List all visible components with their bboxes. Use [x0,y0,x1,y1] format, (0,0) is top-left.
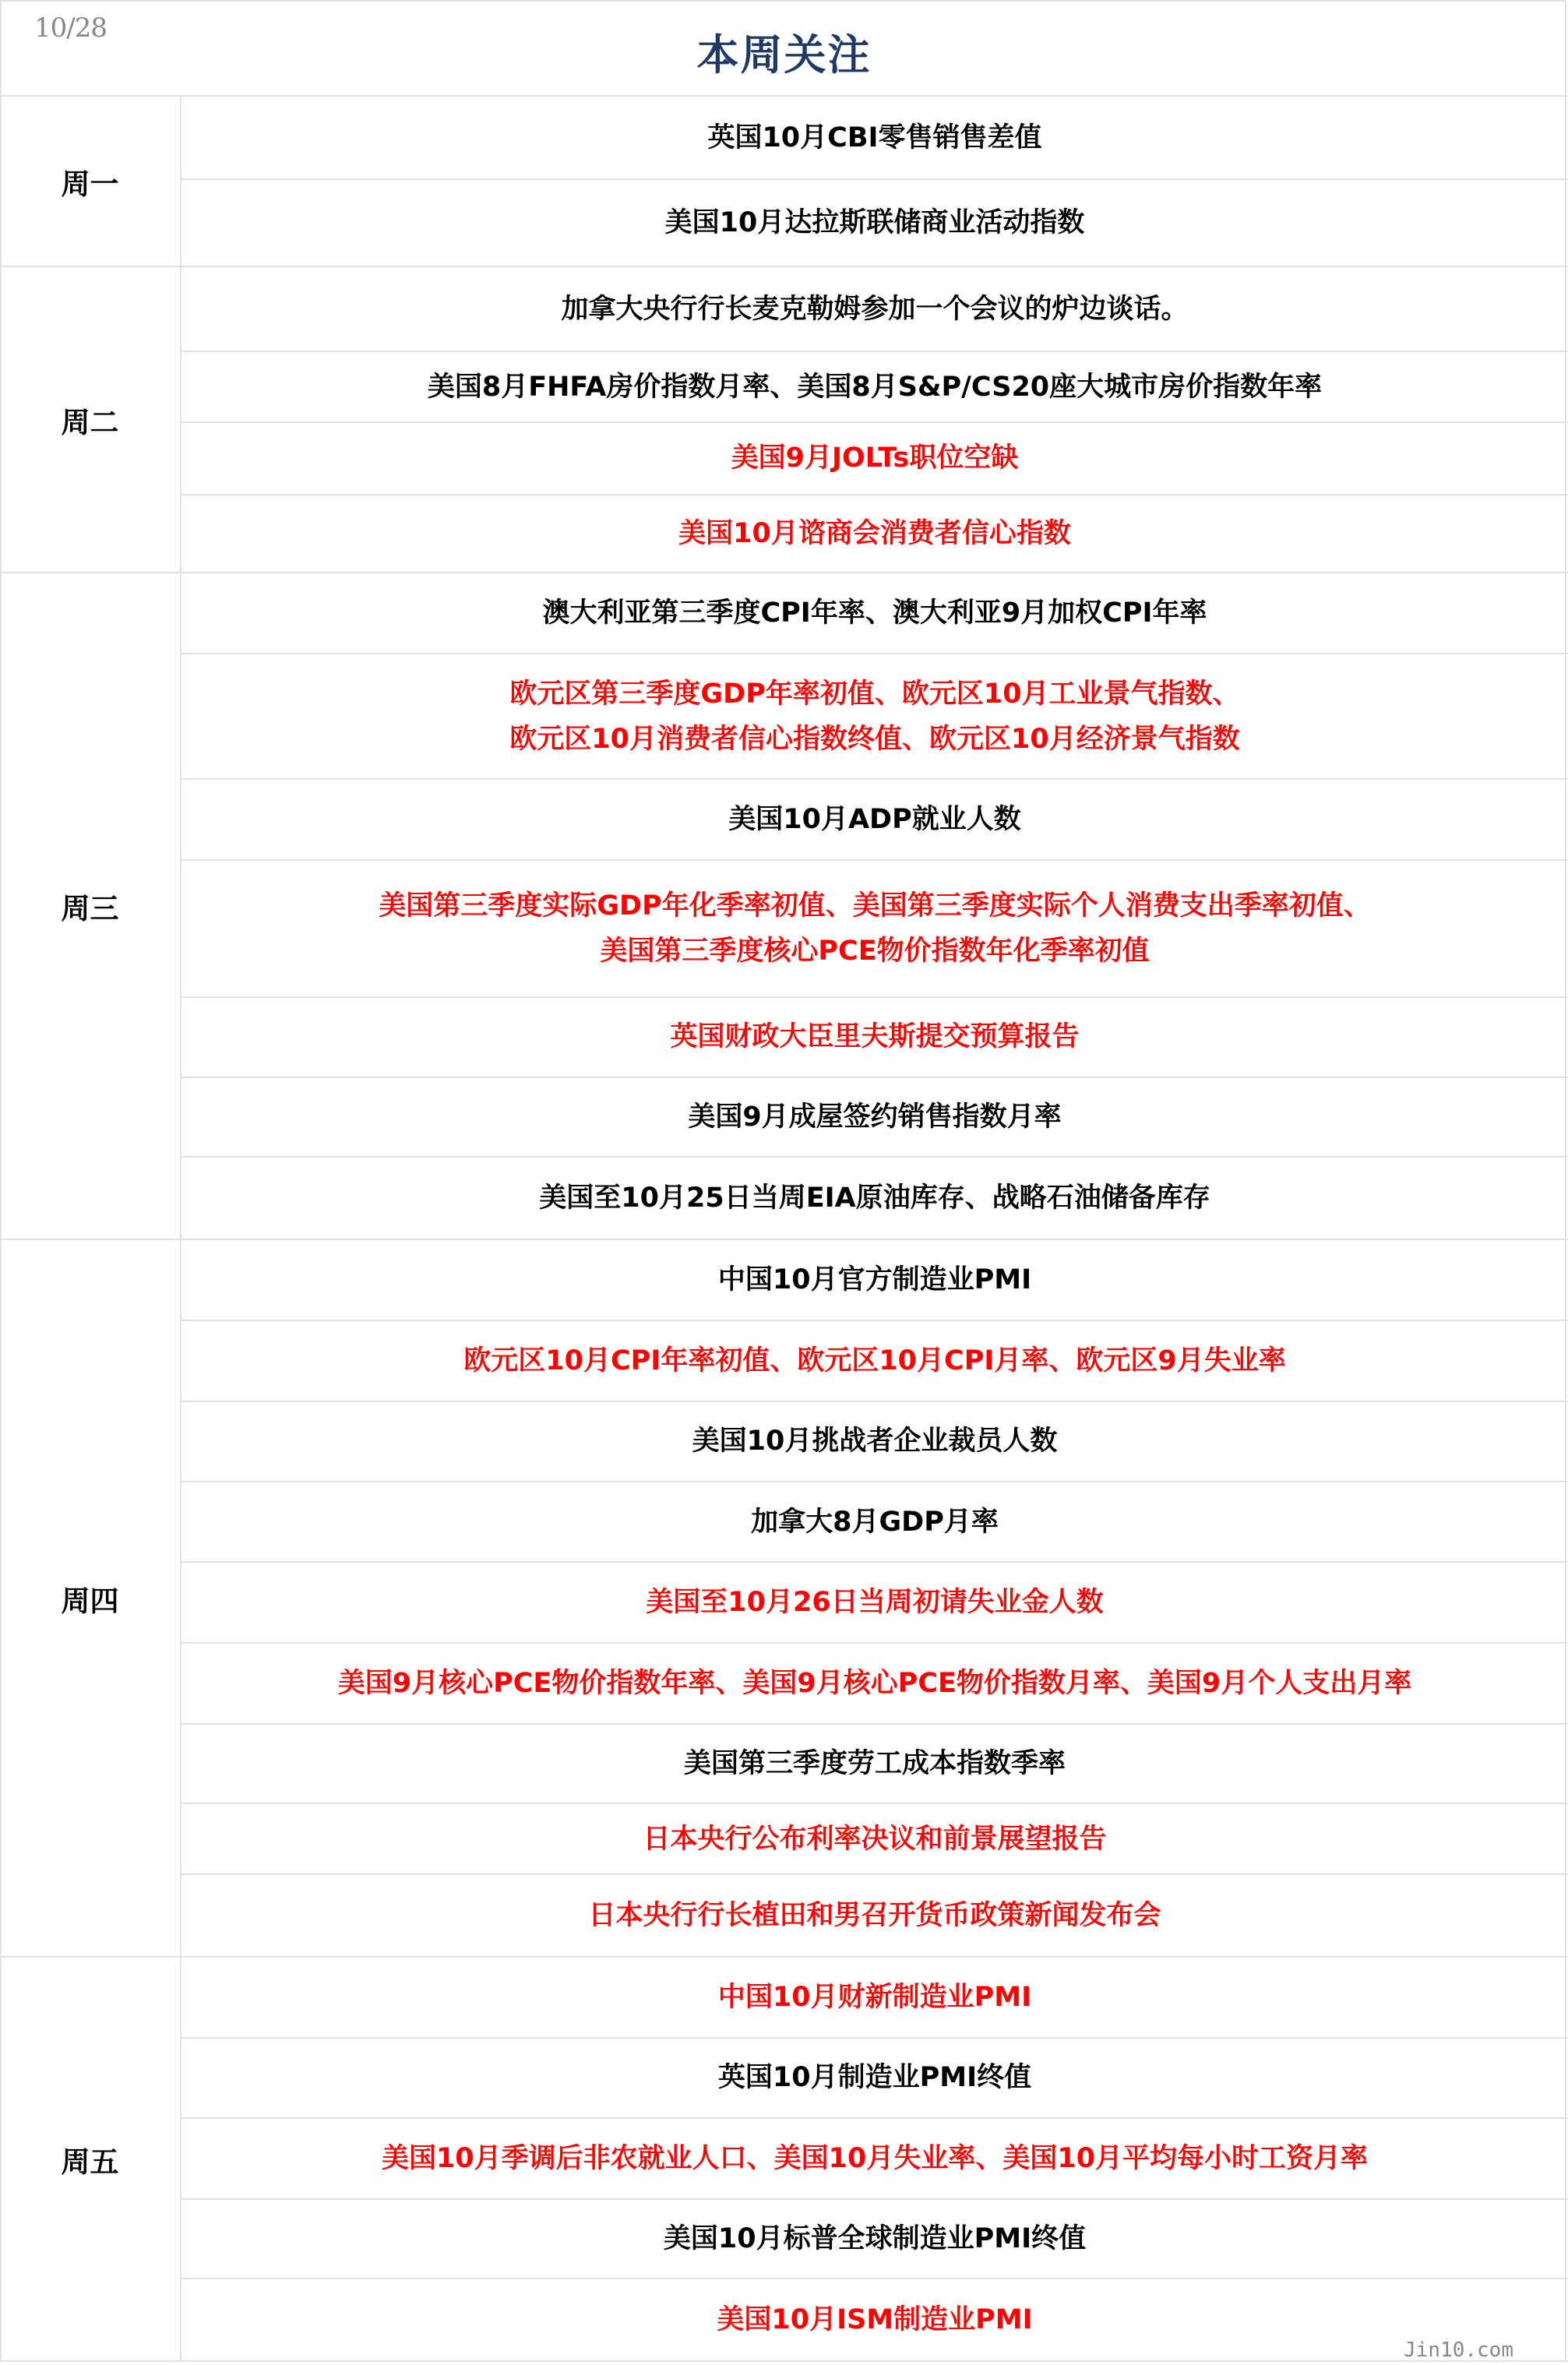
event-item: 美国9月成屋签约销售指数月率 [181,1078,1568,1158]
day-label: 周一 [0,97,181,266]
event-item: 澳大利亚第三季度CPI年率、澳大利亚9月加权CPI年率 [181,573,1568,654]
event-item-highlighted: 美国第三季度实际GDP年化季率初值、美国第三季度实际个人消费支出季率初值、 美国… [181,861,1568,998]
event-text: 英国10月制造业PMI终值 [718,2055,1031,2100]
event-text: 美国10月ADP就业人数 [728,797,1021,842]
event-item: 加拿大8月GDP月率 [181,1482,1568,1563]
event-text: 英国财政大臣里夫斯提交预算报告 [670,1014,1079,1059]
event-text: 美国9月核心PCE物价指数年率、美国9月核心PCE物价指数月率、美国9月个人支出… [338,1661,1412,1706]
day-block: 周五中国10月财新制造业PMI英国10月制造业PMI终值美国10月季调后非农就业… [0,1958,1568,2362]
event-item: 美国8月FHFA房价指数月率、美国8月S&P/CS20座大城市房价指数年率 [181,352,1568,423]
event-list: 中国10月财新制造业PMI英国10月制造业PMI终值美国10月季调后非农就业人口… [181,1958,1568,2360]
event-item: 美国10月达拉斯联储商业活动指数 [181,180,1568,266]
event-item: 美国10月挑战者企业裁员人数 [181,1402,1568,1483]
event-text: 美国第三季度劳工成本指数季率 [684,1741,1066,1786]
header: 10/28 本周关注 [0,0,1568,97]
event-item-highlighted: 英国财政大臣里夫斯提交预算报告 [181,998,1568,1078]
day-label: 周四 [0,1240,181,1956]
event-text: 加拿大8月GDP月率 [751,1500,999,1545]
event-item: 英国10月CBI零售销售差值 [181,97,1568,180]
event-text: 美国至10月26日当周初请失业金人数 [646,1580,1103,1625]
event-text: 美国10月ISM制造业PMI [717,2297,1032,2342]
event-text: 美国9月JOLTs职位空缺 [731,435,1019,481]
day-block: 周一英国10月CBI零售销售差值美国10月达拉斯联储商业活动指数 [0,97,1568,267]
event-item-highlighted: 美国9月核心PCE物价指数年率、美国9月核心PCE物价指数月率、美国9月个人支出… [181,1644,1568,1725]
event-item-highlighted: 美国9月JOLTs职位空缺 [181,423,1568,495]
event-text: 美国10月谘商会消费者信心指数 [678,511,1071,556]
page-title: 本周关注 [0,22,1568,82]
event-item-highlighted: 日本央行行长植田和男召开货币政策新闻发布会 [181,1875,1568,1956]
event-text: 美国至10月25日当周EIA原油库存、战略石油储备库存 [539,1175,1210,1221]
event-item: 中国10月官方制造业PMI [181,1240,1568,1321]
event-text: 美国10月达拉斯联储商业活动指数 [665,200,1085,245]
event-text: 美国10月挑战者企业裁员人数 [692,1419,1058,1464]
event-item: 美国第三季度劳工成本指数季率 [181,1725,1568,1805]
event-list: 中国10月官方制造业PMI欧元区10月CPI年率初值、欧元区10月CPI月率、欧… [181,1240,1568,1956]
event-text: 英国10月CBI零售销售差值 [707,115,1041,160]
event-text: 中国10月官方制造业PMI [718,1257,1031,1302]
event-item-highlighted: 欧元区第三季度GDP年率初值、欧元区10月工业景气指数、 欧元区10月消费者信心… [181,654,1568,781]
event-item: 加拿大央行行长麦克勒姆参加一个会议的炉边谈话。 [181,267,1568,352]
event-text: 日本央行行长植田和男召开货币政策新闻发布会 [588,1893,1161,1938]
day-block: 周四中国10月官方制造业PMI欧元区10月CPI年率初值、欧元区10月CPI月率… [0,1240,1568,1958]
event-text: 美国10月季调后非农就业人口、美国10月失业率、美国10月平均每小时工资月率 [382,2136,1368,2181]
day-label: 周五 [0,1958,181,2360]
event-item-highlighted: 美国至10月26日当周初请失业金人数 [181,1563,1568,1644]
day-block: 周三澳大利亚第三季度CPI年率、澳大利亚9月加权CPI年率欧元区第三季度GDP年… [0,573,1568,1240]
event-item-highlighted: 美国10月季调后非农就业人口、美国10月失业率、美国10月平均每小时工资月率 [181,2119,1568,2200]
day-label: 周三 [0,573,181,1239]
event-text: 美国8月FHFA房价指数月率、美国8月S&P/CS20座大城市房价指数年率 [428,365,1322,410]
event-item: 英国10月制造业PMI终值 [181,2039,1568,2120]
event-item-highlighted: 日本央行公布利率决议和前景展望报告 [181,1804,1568,1875]
day-label: 周二 [0,267,181,572]
event-item: 美国至10月25日当周EIA原油库存、战略石油储备库存 [181,1158,1568,1239]
event-item-highlighted: 欧元区10月CPI年率初值、欧元区10月CPI月率、欧元区9月失业率 [181,1321,1568,1402]
event-text: 加拿大央行行长麦克勒姆参加一个会议的炉边谈话。 [561,287,1188,332]
event-list: 加拿大央行行长麦克勒姆参加一个会议的炉边谈话。美国8月FHFA房价指数月率、美国… [181,267,1568,572]
watermark: Jin10.com [1404,2339,1513,2362]
event-item: 美国10月ADP就业人数 [181,780,1568,861]
event-text: 美国10月标普全球制造业PMI终值 [664,2216,1086,2261]
event-list: 澳大利亚第三季度CPI年率、澳大利亚9月加权CPI年率欧元区第三季度GDP年率初… [181,573,1568,1239]
event-item-highlighted: 美国10月ISM制造业PMI [181,2279,1568,2360]
weekly-schedule-table: 周一英国10月CBI零售销售差值美国10月达拉斯联储商业活动指数周二加拿大央行行… [0,97,1568,2362]
event-item: 美国10月标普全球制造业PMI终值 [181,2200,1568,2280]
event-text: 日本央行公布利率决议和前景展望报告 [643,1817,1106,1862]
event-text: 欧元区第三季度GDP年率初值、欧元区10月工业景气指数、 欧元区10月消费者信心… [509,671,1239,762]
event-list: 英国10月CBI零售销售差值美国10月达拉斯联储商业活动指数 [181,97,1568,266]
event-item-highlighted: 美国10月谘商会消费者信心指数 [181,495,1568,572]
event-text: 美国第三季度实际GDP年化季率初值、美国第三季度实际个人消费支出季率初值、 美国… [379,883,1370,974]
event-item-highlighted: 中国10月财新制造业PMI [181,1958,1568,2039]
event-text: 澳大利亚第三季度CPI年率、澳大利亚9月加权CPI年率 [542,590,1207,636]
day-block: 周二加拿大央行行长麦克勒姆参加一个会议的炉边谈话。美国8月FHFA房价指数月率、… [0,267,1568,573]
event-text: 中国10月财新制造业PMI [718,1975,1031,2020]
event-text: 欧元区10月CPI年率初值、欧元区10月CPI月率、欧元区9月失业率 [463,1338,1286,1383]
event-text: 美国9月成屋签约销售指数月率 [688,1094,1061,1140]
